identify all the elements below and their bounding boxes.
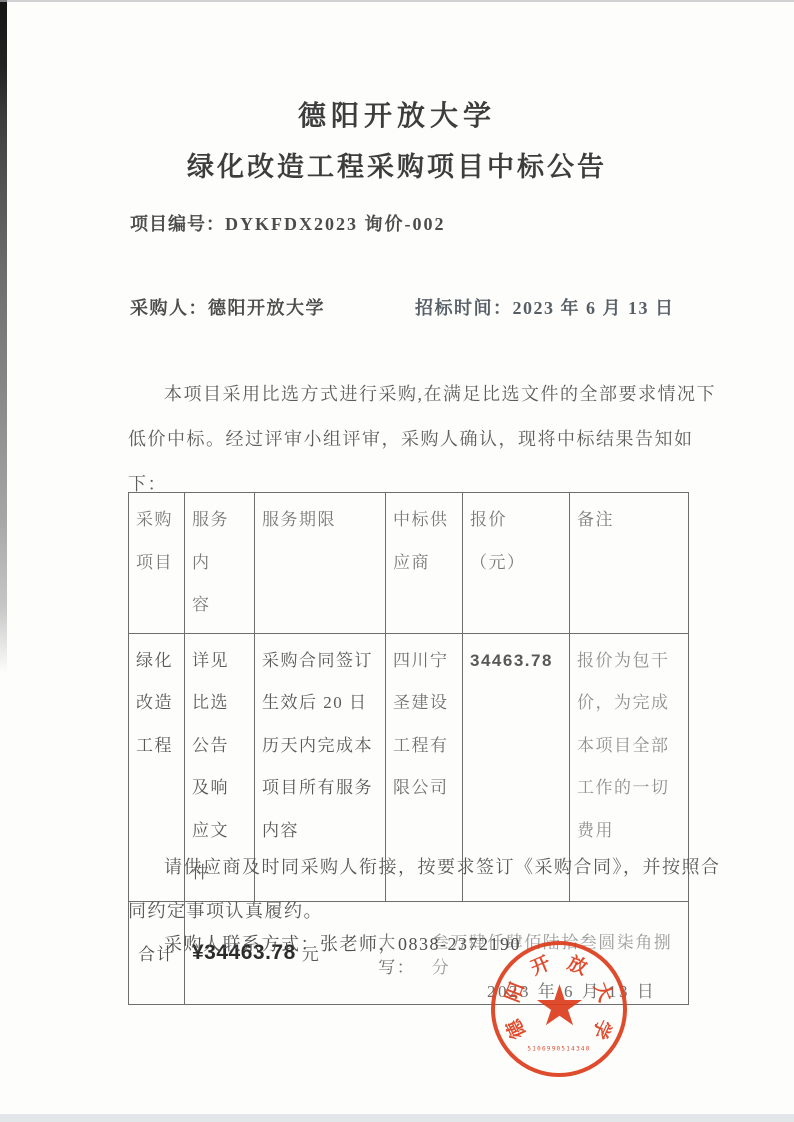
bid-time-line: 招标时间：2023 年 6 月 13 日	[415, 294, 675, 320]
project-number-line: 项目编号：DYKFDX2023 询价-002	[130, 210, 446, 236]
contact-label: 采购人联系方式：	[164, 934, 320, 954]
document-title: 德阳开放大学 绿化改造工程采购项目中标公告	[0, 92, 794, 192]
bid-time-label: 招标时间：	[415, 298, 513, 318]
header-service-period: 服务期限	[255, 493, 386, 634]
scan-edge-artifact-top	[0, 0, 794, 2]
header-supplier: 中标供 应商	[386, 493, 463, 634]
buyer-value: 德阳开放大学	[208, 298, 325, 318]
contact-line: 采购人联系方式：张老师，0838-2372190	[128, 930, 521, 956]
seal-serial-number: 5106990514340	[501, 1046, 617, 1053]
buyer-label: 采购人：	[130, 298, 208, 318]
meta-row: 采购人：德阳开放大学 招标时间：2023 年 6 月 13 日	[130, 294, 704, 320]
intro-paragraph: 本项目采用比选方式进行采购,在满足比选文件的全部要求情况下低价中标。经过评审小组…	[128, 372, 726, 507]
header-service-content: 服务内 容	[185, 493, 255, 634]
title-org-name: 德阳开放大学	[0, 92, 794, 142]
header-project: 采购 项目	[129, 493, 185, 634]
project-number-value: DYKFDX2023 询价-002	[225, 214, 446, 234]
header-remark: 备注	[570, 493, 689, 634]
bid-time-value: 2023 年 6 月 13 日	[513, 298, 675, 318]
title-announcement: 绿化改造工程采购项目中标公告	[0, 142, 794, 192]
project-number-label: 项目编号：	[130, 214, 225, 234]
header-price: 报价 （元）	[463, 493, 570, 634]
buyer-line: 采购人：德阳开放大学	[130, 298, 325, 318]
closing-paragraph: 请供应商及时同采购人衔接，按要求签订《采购合同》，并按照合同约定事项认真履约。	[128, 845, 726, 933]
official-seal: 德阳开放大学 5106990514340	[491, 941, 627, 1077]
table-header-row: 采购 项目 服务内 容 服务期限 中标供 应商 报价 （元） 备注	[129, 493, 689, 634]
scan-edge-artifact-bottom	[0, 1114, 794, 1122]
scanned-document-page: 德阳开放大学 绿化改造工程采购项目中标公告 项目编号：DYKFDX2023 询价…	[0, 0, 794, 1122]
